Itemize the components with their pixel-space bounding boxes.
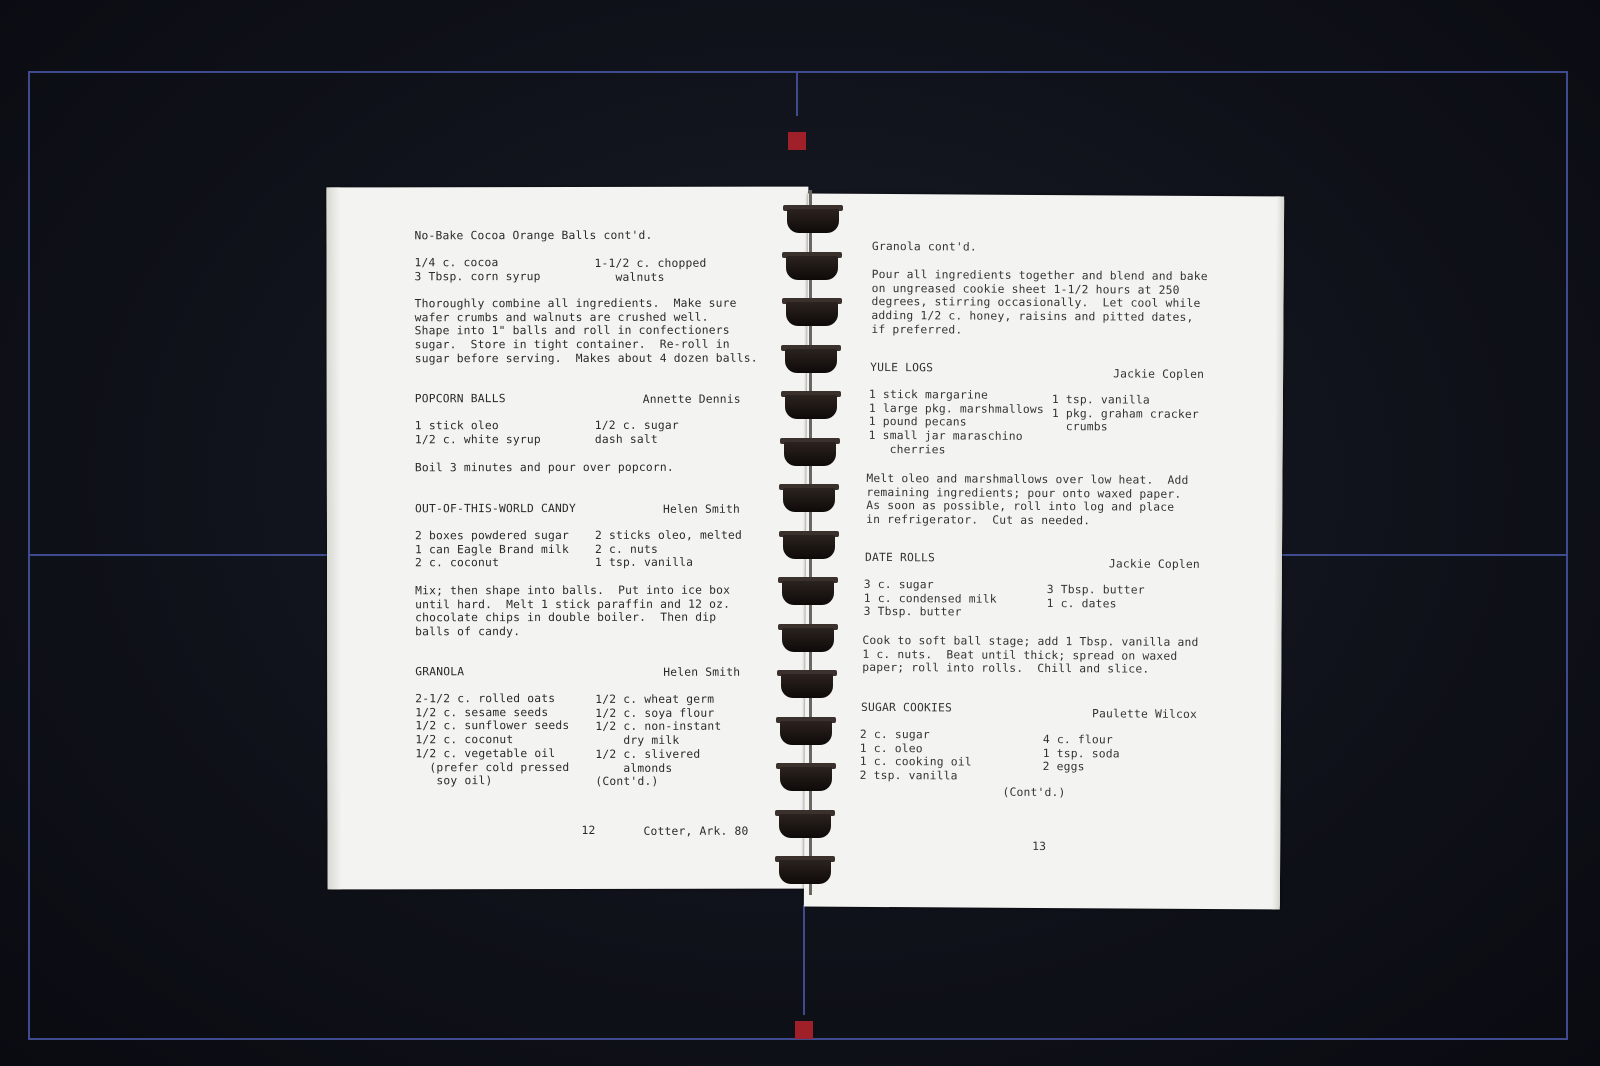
binding-coil	[776, 763, 836, 793]
binding-coil	[778, 624, 838, 654]
recipe-author: Jackie Coplen	[1113, 367, 1204, 381]
frame-center-bottom-line	[803, 905, 805, 1015]
directions: Thoroughly combine all ingredients. Make…	[415, 297, 758, 366]
ingredients-right: 1-1/2 c. chopped walnuts	[595, 257, 707, 285]
frame-left-mid-line	[29, 554, 329, 556]
ingredients-left: 2-1/2 c. rolled oats 1/2 c. sesame seeds…	[415, 692, 569, 788]
recipe-author: Annette Dennis	[643, 393, 741, 407]
recipe-title: GRANOLA	[415, 665, 464, 679]
directions: Pour all ingredients together and blend …	[871, 268, 1207, 339]
ingredients-left: 3 c. sugar 1 c. condensed milk 3 Tbsp. b…	[864, 578, 997, 620]
binding-coil	[778, 577, 838, 607]
directions: Cook to soft ball stage; add 1 Tbsp. van…	[862, 634, 1198, 677]
registration-marker-top	[788, 132, 806, 150]
recipe-author: Helen Smith	[663, 503, 740, 517]
ingredients-left: 1 stick margarine 1 large pkg. marshmall…	[869, 388, 1044, 458]
binding-coil	[779, 531, 839, 561]
ingredients-left: 1 stick oleo 1/2 c. white syrup	[415, 419, 541, 447]
page-number: 13	[1032, 840, 1046, 854]
binding-coil	[781, 391, 841, 421]
ingredients-right: 3 Tbsp. butter 1 c. dates	[1047, 583, 1145, 611]
directions: Mix; then shape into balls. Put into ice…	[415, 584, 730, 639]
recipe-title: POPCORN BALLS	[415, 392, 506, 406]
recipe-author: Paulette Wilcox	[1092, 707, 1197, 721]
ingredients-left: 2 boxes powdered sugar 1 can Eagle Brand…	[415, 529, 569, 570]
directions: Boil 3 minutes and pour over popcorn.	[415, 461, 674, 475]
ingredients-left: 2 c. sugar 1 c. oleo 1 c. cooking oil 2 …	[860, 728, 972, 783]
binding-coil	[775, 810, 835, 840]
cont-title: Granola cont'd.	[872, 240, 977, 254]
frame-right-mid-line	[1282, 554, 1567, 556]
page-number: 12	[581, 824, 595, 838]
left-page: No-Bake Cocoa Orange Balls cont'd. 1/4 c…	[326, 187, 809, 890]
binding-coil	[777, 670, 837, 700]
binding-coil	[780, 438, 840, 468]
recipe-title: DATE ROLLS	[865, 551, 935, 565]
ingredients-right: 1 tsp. vanilla 1 pkg. graham cracker cru…	[1052, 393, 1199, 435]
binding-coil	[781, 345, 841, 375]
recipe-title: YULE LOGS	[870, 361, 933, 375]
binding-coil	[775, 856, 835, 886]
binding-coil	[782, 252, 842, 282]
recipe-author: Helen Smith	[663, 666, 740, 680]
right-page: Granola cont'd. Pour all ingredients tog…	[804, 194, 1284, 910]
ingredients-right: 1/2 c. sugar dash salt	[595, 419, 679, 447]
cont-title: No-Bake Cocoa Orange Balls cont'd.	[414, 229, 652, 243]
recipe-title: OUT-OF-THIS-WORLD CANDY	[415, 502, 576, 516]
ingredients-right: 1/2 c. wheat germ 1/2 c. soya flour 1/2 …	[595, 693, 721, 789]
binding-coil	[776, 717, 836, 747]
continued-note: (Cont'd.)	[1002, 786, 1065, 800]
ingredients-left: 1/4 c. cocoa 3 Tbsp. corn syrup	[415, 256, 541, 284]
page-footer: Cotter, Ark. 80	[644, 825, 749, 839]
frame-center-top-line	[796, 72, 798, 116]
ingredients-right: 2 sticks oleo, melted 2 c. nuts 1 tsp. v…	[595, 529, 742, 570]
recipe-author: Jackie Coplen	[1109, 557, 1200, 571]
recipe-title: SUGAR COOKIES	[861, 701, 952, 715]
ingredients-right: 4 c. flour 1 tsp. soda 2 eggs	[1043, 733, 1120, 775]
binding-coil	[779, 484, 839, 514]
binding-coil	[783, 205, 843, 235]
registration-marker-bottom	[795, 1021, 813, 1039]
binding-coil	[782, 298, 842, 328]
directions: Melt oleo and marshmallows over low heat…	[866, 472, 1188, 529]
